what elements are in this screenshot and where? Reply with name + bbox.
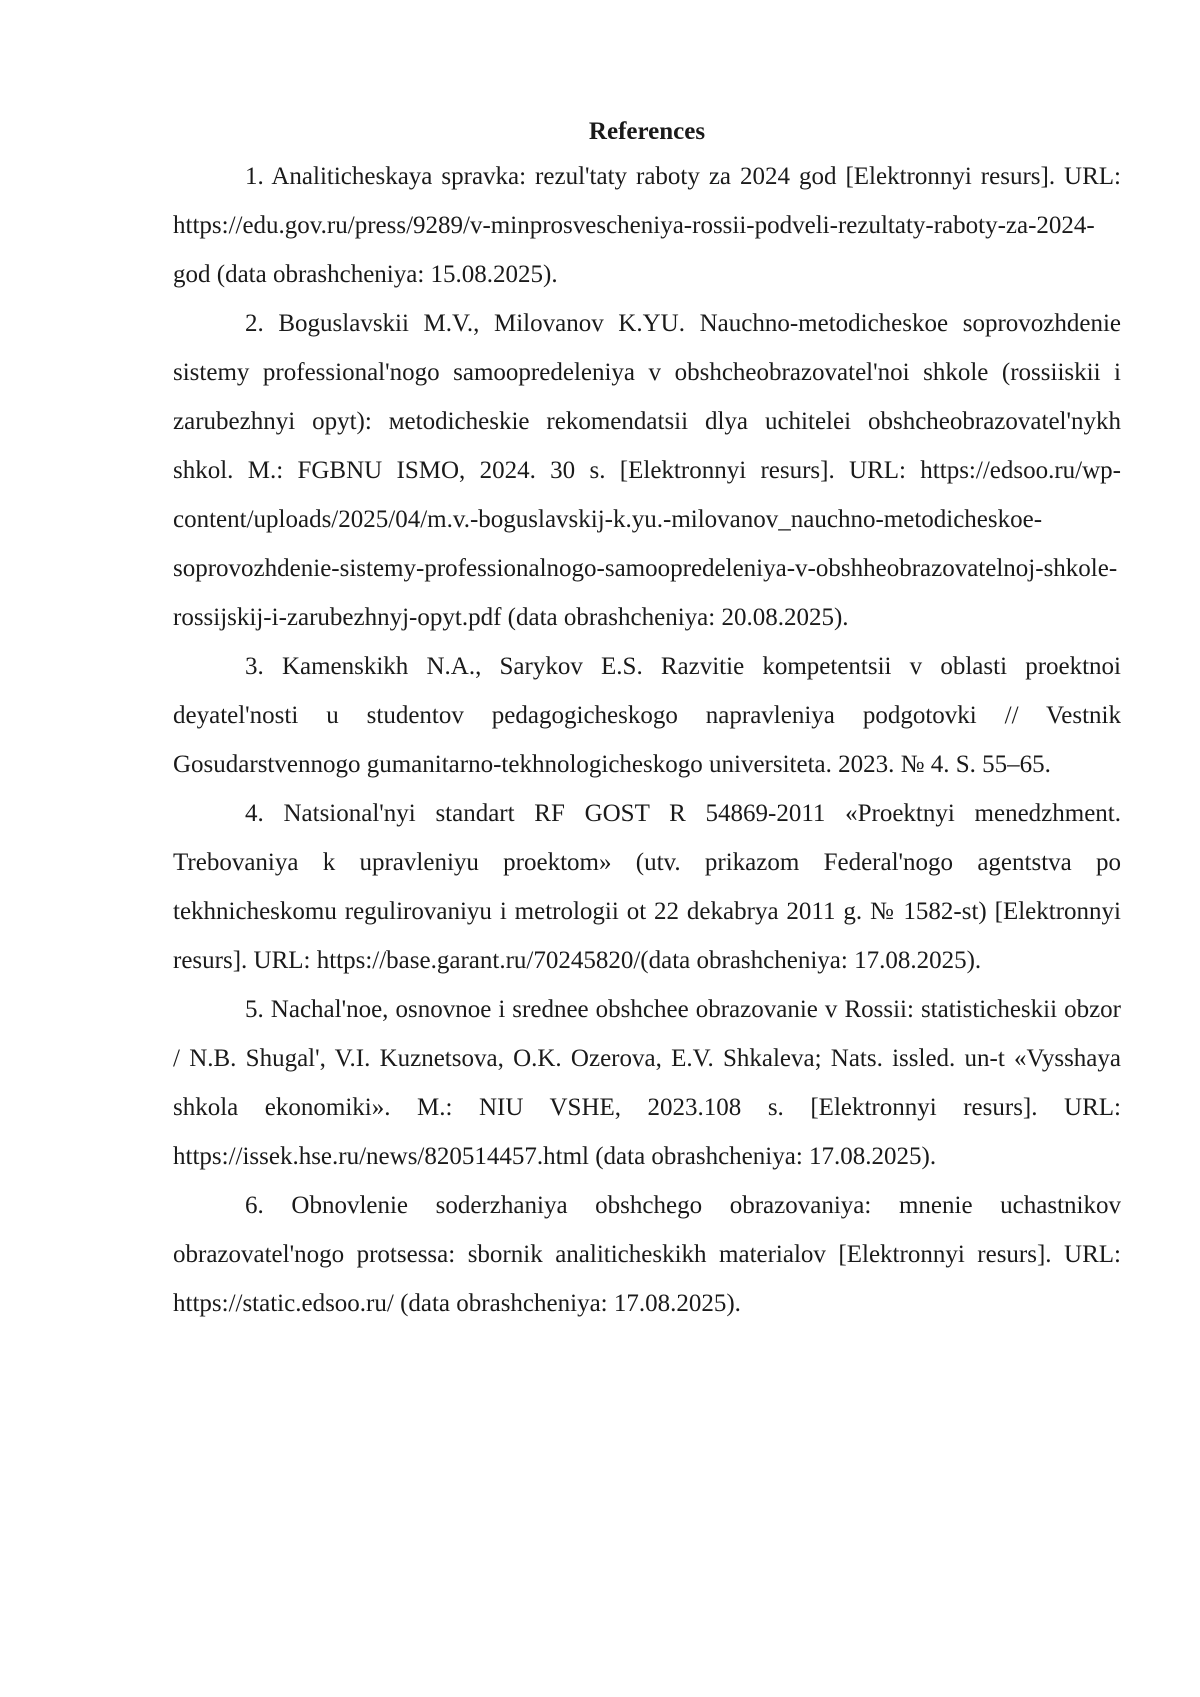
reference-number: 2. (245, 310, 264, 337)
reference-text: Obnovlenie soderzhaniya obshchego obrazo… (173, 1192, 1121, 1317)
document-page: References 1. Analiticheskaya spravka: r… (173, 112, 1121, 1328)
reference-item: 6. Obnovlenie soderzhaniya obshchego obr… (173, 1181, 1121, 1328)
reference-item: 4. Natsional'nyi standart RF GOST R 5486… (173, 789, 1121, 985)
reference-number: 6. (245, 1192, 264, 1219)
reference-text: Nachal'noe, osnovnoe i srednee obshchee … (173, 996, 1121, 1170)
reference-text: Kamenskikh N.A., Sarykov E.S. Razvitie k… (173, 653, 1121, 778)
reference-number: 3. (245, 653, 264, 680)
reference-item: 1. Analiticheskaya spravka: rezul'taty r… (173, 152, 1121, 299)
references-heading: References (173, 112, 1121, 152)
reference-item: 2. Boguslavskii M.V., Milovanov K.YU. Na… (173, 299, 1121, 642)
reference-item: 5. Nachal'noe, osnovnoe i srednee obshch… (173, 985, 1121, 1181)
reference-number: 4. (245, 800, 264, 827)
reference-number: 1. (245, 163, 264, 190)
reference-item: 3. Kamenskikh N.A., Sarykov E.S. Razviti… (173, 642, 1121, 789)
reference-text: Natsional'nyi standart RF GOST R 54869-2… (173, 800, 1121, 974)
reference-list: 1. Analiticheskaya spravka: rezul'taty r… (173, 152, 1121, 1328)
reference-text: Analiticheskaya spravka: rezul'taty rabo… (173, 163, 1121, 288)
reference-text: Boguslavskii M.V., Milovanov K.YU. Nauch… (173, 310, 1121, 631)
reference-number: 5. (245, 996, 264, 1023)
